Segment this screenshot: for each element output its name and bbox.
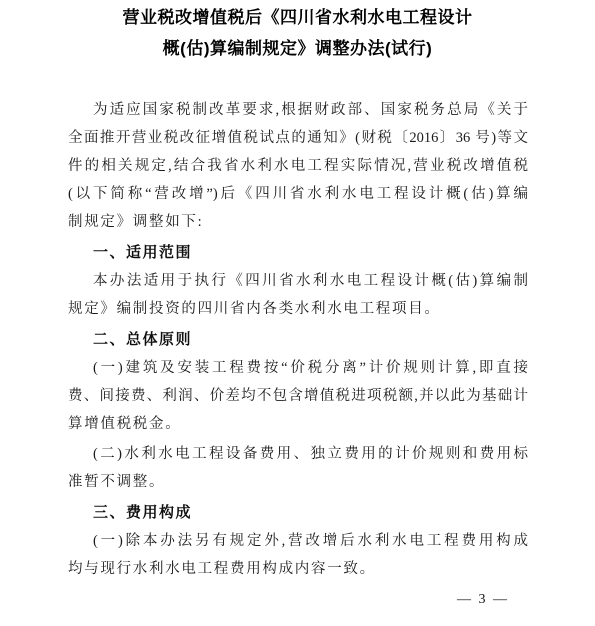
section-heading-principles: 二、总体原则 xyxy=(68,326,528,354)
document-body: 为适应国家税制改革要求,根据财政部、国家税务总局《关于 全面推开营业税改征增值税… xyxy=(68,96,528,583)
paragraph-line: 规定》编制投资的四川省内各类水利水电工程项目。 xyxy=(68,295,528,323)
section-heading-cost-composition: 三、费用构成 xyxy=(68,499,528,527)
paragraph-line: 费、间接费、利润、价差均不包含增值税进项税额,并以此为基础计 xyxy=(68,382,528,410)
paragraph-line: 件的相关规定,结合我省水利水电工程实际情况,营业税改增值税 xyxy=(68,152,528,180)
paragraph-line: (一)除本办法另有规定外,营改增后水利水电工程费用构成 xyxy=(68,527,528,555)
paragraph-line: 算增值税税金。 xyxy=(68,410,528,438)
document-page: 营业税改增值税后《四川省水利水电工程设计 概(估)算编制规定》调整办法(试行) … xyxy=(0,0,595,626)
document-title: 营业税改增值税后《四川省水利水电工程设计 概(估)算编制规定》调整办法(试行) xyxy=(0,0,595,64)
page-number: — 3 — xyxy=(457,592,509,608)
paragraph-line: 制规定》调整如下: xyxy=(68,208,528,236)
paragraph-line: 准暂不调整。 xyxy=(68,468,528,496)
title-line-2: 概(估)算编制规定》调整办法(试行) xyxy=(0,33,595,64)
paragraph-line: (一)建筑及安装工程费按“价税分离”计价规则计算,即直接 xyxy=(68,354,528,382)
paragraph-line: 全面推开营业税改征增值税试点的通知》(财税〔2016〕36 号)等文 xyxy=(68,124,528,152)
paragraph-line: 为适应国家税制改革要求,根据财政部、国家税务总局《关于 xyxy=(68,96,528,124)
title-line-1: 营业税改增值税后《四川省水利水电工程设计 xyxy=(0,2,595,33)
section-heading-scope: 一、适用范围 xyxy=(68,239,528,267)
paragraph-line: (二)水利水电工程设备费用、独立费用的计价规则和费用标 xyxy=(68,440,528,468)
paragraph-line: 均与现行水利水电工程费用构成内容一致。 xyxy=(68,555,528,583)
paragraph-line: (以下简称“营改增”)后《四川省水利水电工程设计概(估)算编 xyxy=(68,180,528,208)
paragraph-line: 本办法适用于执行《四川省水利水电工程设计概(估)算编制 xyxy=(68,267,528,295)
